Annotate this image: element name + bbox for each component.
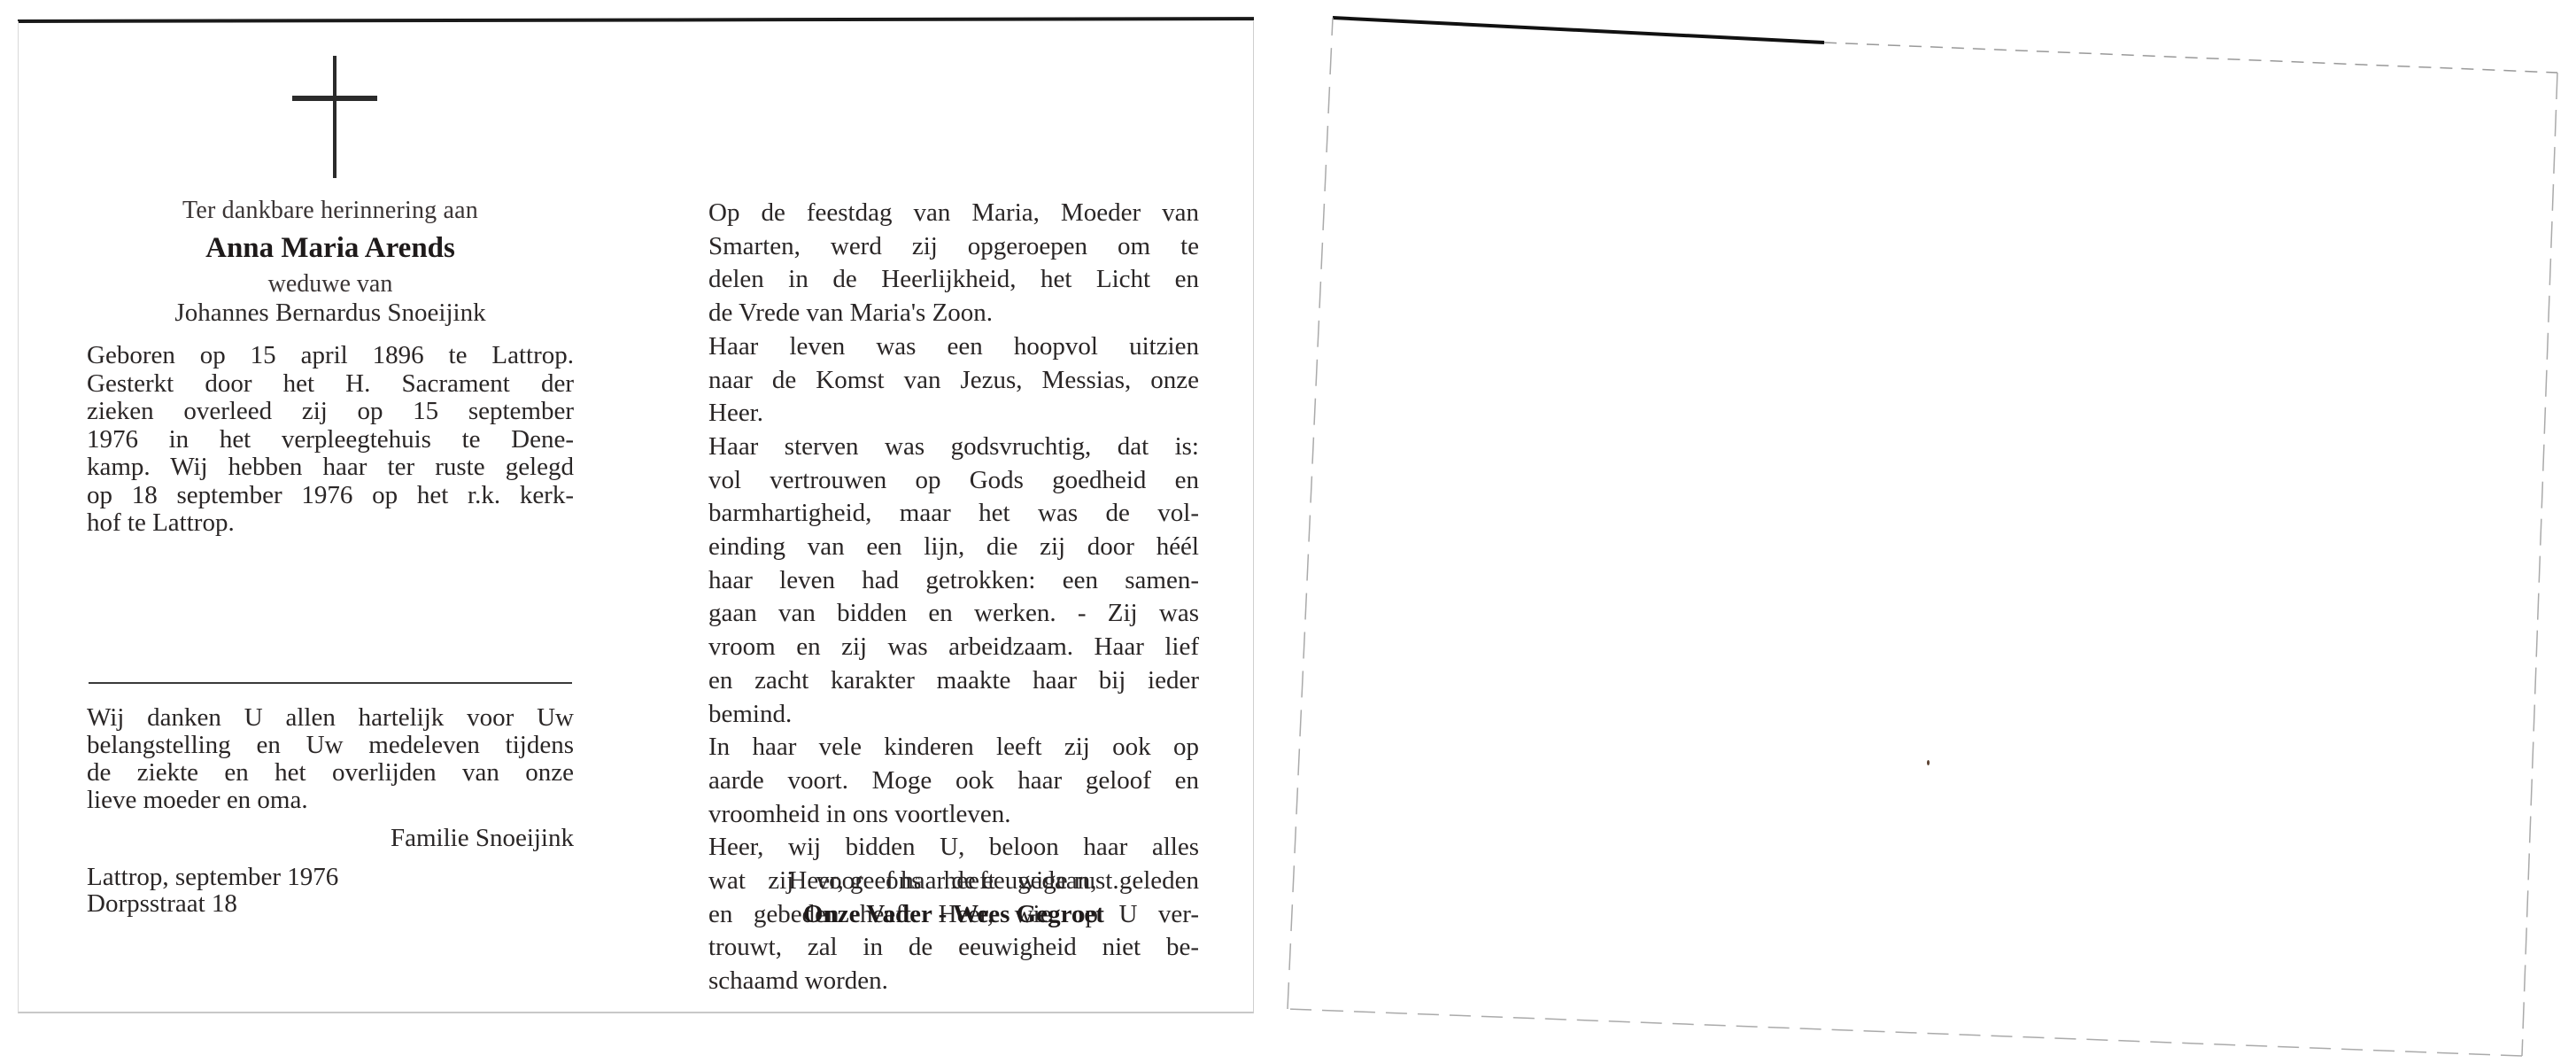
memorial-card-back: [0, 0, 2576, 1063]
scan-speck: [1927, 760, 1930, 765]
